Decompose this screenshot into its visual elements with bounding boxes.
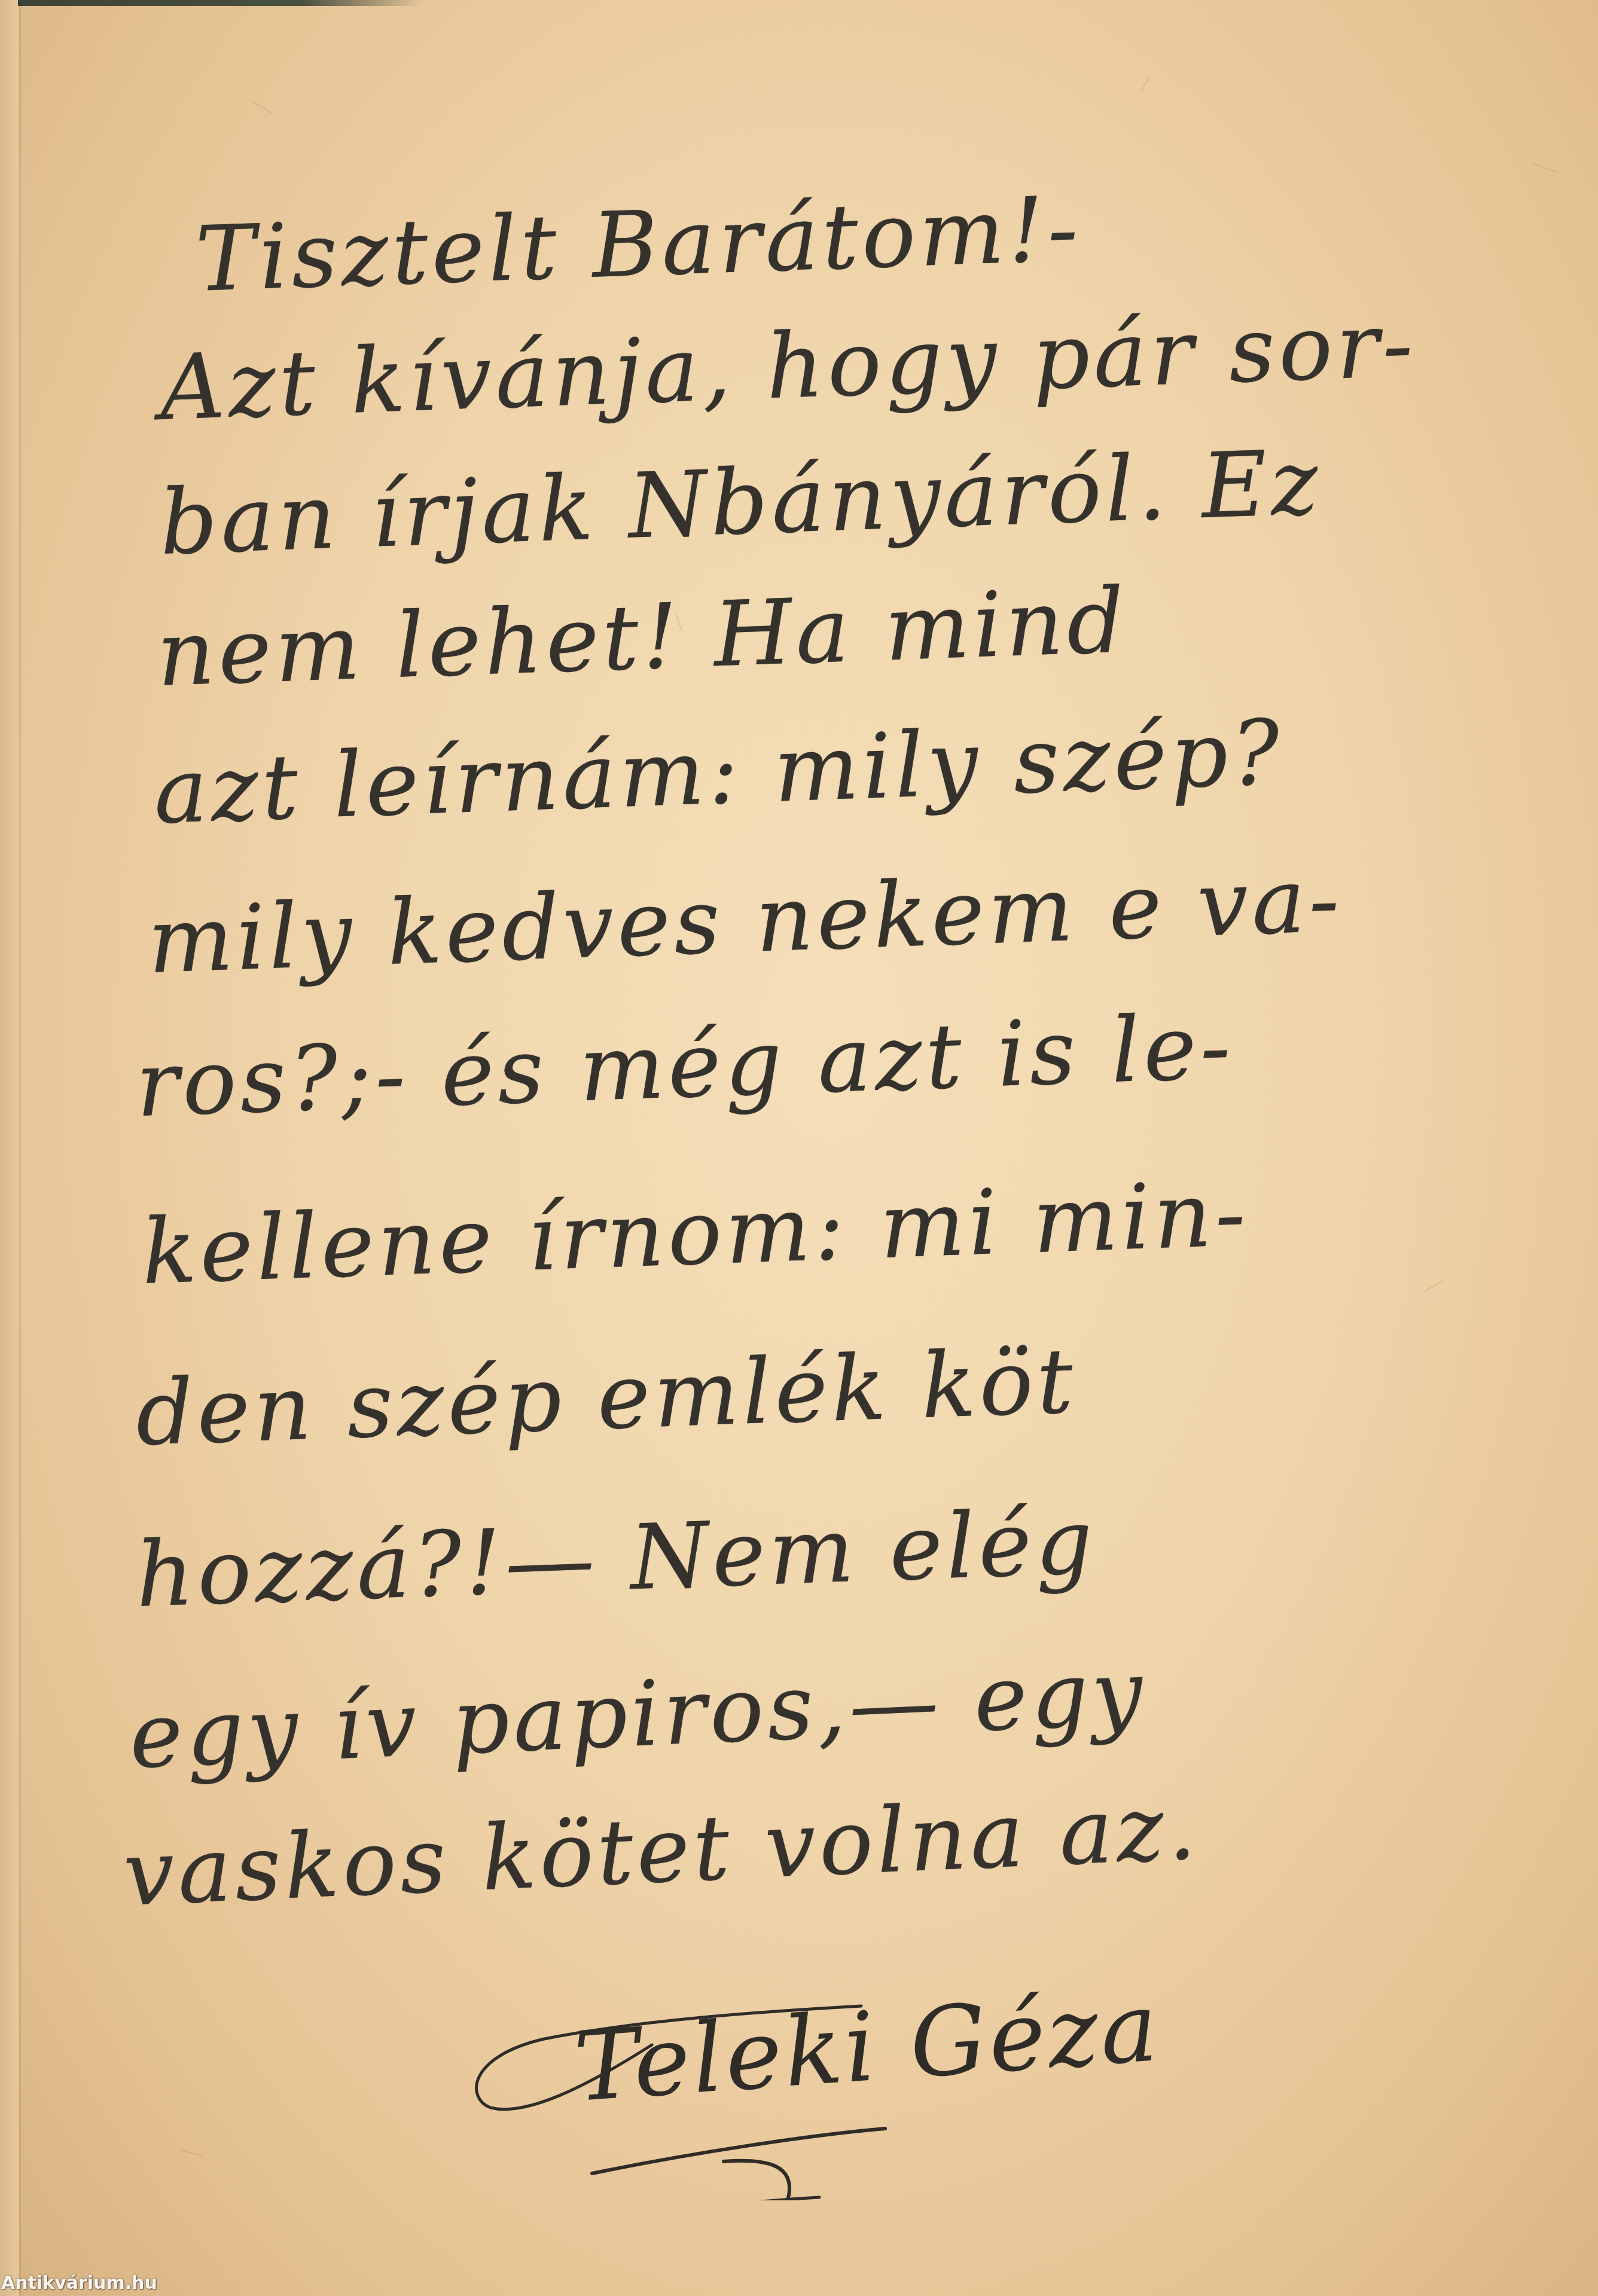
letter-line-8: kellene írnom: mi min-: [141, 1169, 1251, 1297]
letter-line-5: azt leírnám: mily szép?: [153, 708, 1285, 837]
letter-line-11: egy ív papiros,— egy: [127, 1648, 1148, 1782]
watermark: Antikvárium.hu: [1, 2273, 157, 2294]
letter-line-10: hozzá?!— Nem elég: [135, 1497, 1098, 1620]
letter-line-6: mily kedves nekem e va-: [147, 855, 1344, 987]
paper-page: Tisztelt Barátom!- Azt kívánja, hogy pár…: [0, 0, 1598, 2296]
letter-line-2: Azt kívánja, hogy pár sor-: [158, 300, 1418, 433]
letter-line-7: ros?;- és még azt is le-: [135, 1002, 1236, 1130]
letter-line-4: nem lehet! Ha mind: [155, 576, 1130, 700]
letter-line-1: Tisztelt Barátom!-: [194, 184, 1083, 305]
letter-line-9: den szép emlék köt: [135, 1336, 1078, 1459]
letter-line-3: ban írjak Nbányáról. Ez: [158, 438, 1323, 568]
letter-line-12: vaskos kötet volna az.: [121, 1783, 1201, 1919]
signature: Teleki Géza: [455, 1949, 1172, 2200]
